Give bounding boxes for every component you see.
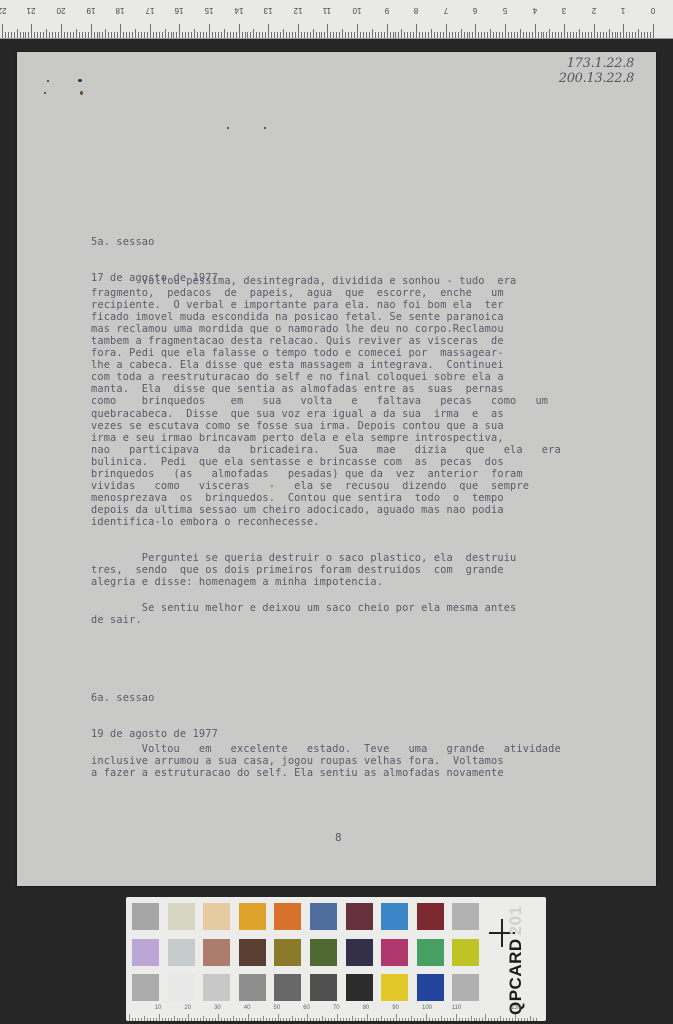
scale-tick bbox=[197, 1018, 198, 1021]
ruler-tick bbox=[233, 32, 234, 38]
ruler-tick bbox=[567, 32, 568, 38]
session-date: 19 de agosto de 1977 bbox=[91, 728, 599, 740]
scale-tick bbox=[129, 1014, 130, 1021]
card-scale: 102030405060708090100110130 bbox=[129, 1005, 543, 1021]
scale-tick bbox=[361, 1018, 362, 1021]
ruler-tick bbox=[458, 32, 459, 38]
ruler-tick bbox=[268, 24, 269, 38]
ruler-tick bbox=[431, 29, 432, 38]
scale-tick bbox=[227, 1018, 228, 1021]
scale-tick bbox=[364, 1018, 365, 1021]
ruler-tick bbox=[650, 32, 651, 38]
ruler-tick bbox=[25, 32, 26, 38]
scale-tick bbox=[447, 1018, 448, 1021]
ruler-tick bbox=[579, 29, 580, 38]
scale-tick bbox=[396, 1014, 397, 1021]
ruler-tick bbox=[357, 24, 358, 38]
ruler-tick bbox=[319, 32, 320, 38]
ruler-label: 16 bbox=[172, 6, 186, 15]
ruler-label: 22 bbox=[0, 6, 9, 15]
scale-tick bbox=[168, 1018, 169, 1021]
scale-tick bbox=[435, 1018, 436, 1021]
ruler-tick bbox=[381, 32, 382, 38]
scale-tick bbox=[269, 1018, 270, 1021]
ruler-tick bbox=[413, 32, 414, 38]
ruler-label: 13 bbox=[261, 6, 275, 15]
ruler-tick bbox=[446, 24, 447, 38]
ruler-label: 9 bbox=[380, 6, 394, 15]
ruler-tick bbox=[150, 24, 151, 38]
session-6-paragraph-1: Voltou em excelente estado. Teve uma gra… bbox=[91, 743, 599, 779]
ruler-tick bbox=[58, 32, 59, 38]
color-swatch bbox=[168, 939, 195, 966]
ruler-tick bbox=[327, 24, 328, 38]
ruler-label: 10 bbox=[350, 6, 364, 15]
ruler-tick bbox=[348, 32, 349, 38]
scale-tick bbox=[414, 1018, 415, 1021]
paper-speck bbox=[227, 127, 229, 129]
ruler-tick bbox=[179, 24, 180, 38]
scale-tick bbox=[479, 1018, 480, 1021]
ruler-tick bbox=[37, 32, 38, 38]
scale-label: 60 bbox=[303, 1005, 310, 1011]
scale-tick bbox=[263, 1016, 264, 1021]
scale-tick bbox=[135, 1018, 136, 1021]
color-swatch bbox=[310, 903, 337, 930]
ruler-tick bbox=[304, 32, 305, 38]
ruler-label: 8 bbox=[409, 6, 423, 15]
scale-tick bbox=[289, 1018, 290, 1021]
ruler-tick bbox=[410, 32, 411, 38]
ruler-tick bbox=[452, 32, 453, 38]
ruler-tick bbox=[626, 32, 627, 38]
scale-tick bbox=[524, 1018, 525, 1021]
ruler-tick bbox=[561, 32, 562, 38]
scale-tick bbox=[384, 1018, 385, 1021]
scale-tick bbox=[307, 1014, 308, 1021]
ruler-tick bbox=[307, 32, 308, 38]
ruler-tick bbox=[298, 24, 299, 38]
ruler-tick bbox=[535, 24, 536, 38]
scale-tick bbox=[177, 1018, 178, 1021]
scale-label: 130 bbox=[511, 1005, 521, 1011]
ruler-tick bbox=[499, 32, 500, 38]
scale-tick bbox=[159, 1014, 160, 1021]
scale-tick bbox=[266, 1018, 267, 1021]
ruler-tick bbox=[467, 32, 468, 38]
scale-tick bbox=[215, 1018, 216, 1021]
ruler-tick bbox=[292, 32, 293, 38]
ruler-tick bbox=[440, 32, 441, 38]
ruler-tick bbox=[64, 32, 65, 38]
scale-tick bbox=[278, 1014, 279, 1021]
scale-tick bbox=[378, 1018, 379, 1021]
ruler-tick bbox=[523, 32, 524, 38]
ruler-tick bbox=[620, 32, 621, 38]
ruler-tick bbox=[14, 32, 15, 38]
ruler-tick bbox=[55, 32, 56, 38]
ruler-tick bbox=[588, 32, 589, 38]
ruler-tick bbox=[49, 32, 50, 38]
scale-tick bbox=[248, 1014, 249, 1021]
color-swatch bbox=[239, 974, 266, 1001]
ruler-tick bbox=[126, 32, 127, 38]
scale-tick bbox=[150, 1018, 151, 1021]
ruler-tick bbox=[600, 32, 601, 38]
ruler-tick bbox=[135, 29, 136, 38]
ruler-tick bbox=[570, 32, 571, 38]
color-swatch bbox=[310, 939, 337, 966]
ruler-tick bbox=[117, 32, 118, 38]
ruler-tick bbox=[623, 24, 624, 38]
ruler-tick bbox=[194, 29, 195, 38]
scale-tick bbox=[402, 1018, 403, 1021]
ruler-tick bbox=[141, 32, 142, 38]
ruler-tick bbox=[369, 32, 370, 38]
color-swatch bbox=[346, 939, 373, 966]
scale-tick bbox=[191, 1018, 192, 1021]
color-swatch bbox=[168, 974, 195, 1001]
scale-tick bbox=[280, 1018, 281, 1021]
ruler-tick bbox=[416, 24, 417, 38]
scale-tick bbox=[509, 1018, 510, 1021]
ruler-tick bbox=[236, 32, 237, 38]
scale-tick bbox=[450, 1018, 451, 1021]
ruler-tick bbox=[549, 29, 550, 38]
ruler-tick bbox=[79, 32, 80, 38]
ruler-tick bbox=[61, 24, 62, 38]
scale-tick bbox=[367, 1014, 368, 1021]
ruler-tick bbox=[274, 32, 275, 38]
ruler-tick bbox=[209, 24, 210, 38]
ruler-tick bbox=[496, 32, 497, 38]
ruler-tick bbox=[449, 32, 450, 38]
ruler-tick bbox=[227, 32, 228, 38]
scale-tick bbox=[497, 1018, 498, 1021]
ruler-tick bbox=[215, 32, 216, 38]
scale-tick bbox=[423, 1018, 424, 1021]
color-swatch bbox=[381, 974, 408, 1001]
ruler-tick bbox=[615, 32, 616, 38]
ruler-tick bbox=[632, 32, 633, 38]
ruler-tick bbox=[591, 32, 592, 38]
ruler-tick bbox=[345, 32, 346, 38]
ruler-tick bbox=[514, 32, 515, 38]
scale-tick bbox=[206, 1018, 207, 1021]
ruler-tick bbox=[404, 32, 405, 38]
scale-tick bbox=[376, 1018, 377, 1021]
ruler-tick bbox=[2, 24, 3, 38]
ruler-tick bbox=[487, 32, 488, 38]
ruler-tick bbox=[23, 32, 24, 38]
scale-tick bbox=[298, 1018, 299, 1021]
scale-tick bbox=[482, 1018, 483, 1021]
ruler-tick bbox=[114, 32, 115, 38]
ruler-tick bbox=[153, 32, 154, 38]
ruler-tick bbox=[366, 32, 367, 38]
scale-tick bbox=[132, 1018, 133, 1021]
color-swatch bbox=[203, 939, 230, 966]
ruler-tick bbox=[52, 32, 53, 38]
scale-tick bbox=[292, 1016, 293, 1021]
ruler-tick bbox=[99, 32, 100, 38]
ruler-tick bbox=[517, 32, 518, 38]
scale-tick bbox=[185, 1018, 186, 1021]
scale-tick bbox=[426, 1014, 427, 1021]
scale-tick bbox=[310, 1018, 311, 1021]
scale-tick bbox=[138, 1018, 139, 1021]
paper-speck bbox=[78, 79, 82, 82]
scale-tick bbox=[408, 1018, 409, 1021]
ruler-tick bbox=[360, 32, 361, 38]
ruler-tick bbox=[576, 32, 577, 38]
page-number: 8 bbox=[335, 831, 342, 844]
ruler-tick bbox=[250, 32, 251, 38]
ruler-tick bbox=[239, 24, 240, 38]
scale-tick bbox=[373, 1018, 374, 1021]
ruler-label: 4 bbox=[528, 6, 542, 15]
ruler-tick bbox=[555, 32, 556, 38]
paper-speck bbox=[44, 92, 46, 94]
ruler-tick bbox=[221, 32, 222, 38]
ruler-tick bbox=[428, 32, 429, 38]
document-page: 173.1.22.8 200.13.22.8 5a. sessao 17 de … bbox=[17, 52, 656, 886]
ruler-tick bbox=[437, 32, 438, 38]
scale-tick bbox=[390, 1018, 391, 1021]
session-title: 5a. sessao bbox=[91, 236, 599, 248]
color-swatch bbox=[203, 903, 230, 930]
archive-code-line-2: 200.13.22.8 bbox=[559, 71, 634, 86]
color-swatch bbox=[132, 903, 159, 930]
color-swatch bbox=[452, 903, 479, 930]
ruler-tick bbox=[262, 32, 263, 38]
ruler-tick bbox=[176, 32, 177, 38]
ruler-tick bbox=[339, 32, 340, 38]
ruler-tick bbox=[34, 32, 35, 38]
ruler-tick bbox=[28, 32, 29, 38]
ruler-tick bbox=[401, 29, 402, 38]
scale-tick bbox=[405, 1018, 406, 1021]
scale-tick bbox=[453, 1018, 454, 1021]
scale-tick bbox=[491, 1018, 492, 1021]
scale-tick bbox=[295, 1018, 296, 1021]
ruler-tick bbox=[224, 29, 225, 38]
scale-tick bbox=[260, 1018, 261, 1021]
scale-tick bbox=[334, 1018, 335, 1021]
scale-tick bbox=[432, 1018, 433, 1021]
color-swatch bbox=[203, 974, 230, 1001]
scale-tick bbox=[328, 1018, 329, 1021]
ruler-tick bbox=[73, 32, 74, 38]
ruler-tick bbox=[265, 32, 266, 38]
color-swatch bbox=[417, 939, 444, 966]
ruler-label: 5 bbox=[498, 6, 512, 15]
ruler-tick bbox=[245, 32, 246, 38]
scale-label: 90 bbox=[392, 1005, 399, 1011]
scale-label: 50 bbox=[274, 1005, 281, 1011]
ruler-tick bbox=[594, 24, 595, 38]
ruler-tick bbox=[20, 32, 21, 38]
ruler-tick bbox=[434, 32, 435, 38]
ruler-tick bbox=[147, 32, 148, 38]
ruler-tick bbox=[505, 24, 506, 38]
ruler-tick bbox=[603, 32, 604, 38]
scale-tick bbox=[319, 1018, 320, 1021]
ruler-tick bbox=[94, 32, 95, 38]
scale-tick bbox=[468, 1018, 469, 1021]
ruler-tick bbox=[564, 24, 565, 38]
ruler-tick bbox=[277, 32, 278, 38]
ruler-tick bbox=[333, 32, 334, 38]
scale-tick bbox=[245, 1018, 246, 1021]
scale-label: 80 bbox=[363, 1005, 370, 1011]
ruler-tick bbox=[455, 32, 456, 38]
ruler-label: 18 bbox=[113, 6, 127, 15]
ruler-tick bbox=[8, 32, 9, 38]
color-swatch bbox=[346, 974, 373, 1001]
ruler-label: 12 bbox=[291, 6, 305, 15]
color-swatch bbox=[417, 903, 444, 930]
ruler-tick bbox=[469, 32, 470, 38]
ruler-tick bbox=[384, 32, 385, 38]
brand-model: 201 bbox=[506, 905, 525, 935]
ruler-tick bbox=[375, 32, 376, 38]
ruler-tick bbox=[475, 24, 476, 38]
ruler-tick bbox=[644, 32, 645, 38]
ruler-tick bbox=[85, 32, 86, 38]
scale-tick bbox=[438, 1018, 439, 1021]
ruler-tick bbox=[541, 32, 542, 38]
ruler-tick bbox=[612, 32, 613, 38]
ruler-tick bbox=[635, 32, 636, 38]
ruler-tick bbox=[638, 29, 639, 38]
brand-name: QPCARD bbox=[506, 938, 525, 1015]
scale-tick bbox=[251, 1018, 252, 1021]
scale-tick bbox=[203, 1016, 204, 1021]
ruler-tick bbox=[203, 32, 204, 38]
scale-tick bbox=[488, 1018, 489, 1021]
ruler-tick bbox=[159, 32, 160, 38]
ruler-tick bbox=[351, 32, 352, 38]
paper-speck bbox=[47, 80, 49, 82]
ruler-tick bbox=[253, 29, 254, 38]
scale-tick bbox=[209, 1018, 210, 1021]
scale-tick bbox=[200, 1018, 201, 1021]
ruler-tick bbox=[218, 32, 219, 38]
scale-tick bbox=[494, 1018, 495, 1021]
scale-tick bbox=[503, 1018, 504, 1021]
scale-tick bbox=[444, 1018, 445, 1021]
color-swatch bbox=[381, 903, 408, 930]
measurement-ruler: 012345678910111213141516171819202122 bbox=[0, 0, 673, 39]
scale-tick bbox=[316, 1018, 317, 1021]
ruler-tick bbox=[144, 32, 145, 38]
ruler-tick bbox=[529, 32, 530, 38]
scale-tick bbox=[352, 1016, 353, 1021]
ruler-label: 11 bbox=[320, 6, 334, 15]
scale-tick bbox=[530, 1016, 531, 1021]
ruler-tick bbox=[76, 29, 77, 38]
scale-tick bbox=[381, 1016, 382, 1021]
ruler-tick bbox=[425, 32, 426, 38]
scale-tick bbox=[304, 1018, 305, 1021]
ruler-tick bbox=[120, 24, 121, 38]
ruler-tick bbox=[283, 29, 284, 38]
scale-tick bbox=[441, 1016, 442, 1021]
scale-tick bbox=[174, 1016, 175, 1021]
scale-tick bbox=[331, 1018, 332, 1021]
archive-code-line-1: 173.1.22.8 bbox=[559, 56, 634, 71]
ruler-tick bbox=[363, 32, 364, 38]
scale-tick bbox=[254, 1018, 255, 1021]
ruler-tick bbox=[609, 29, 610, 38]
ruler-tick bbox=[354, 32, 355, 38]
ruler-tick bbox=[138, 32, 139, 38]
ruler-tick bbox=[200, 32, 201, 38]
ruler-label: 7 bbox=[439, 6, 453, 15]
ruler-tick bbox=[102, 32, 103, 38]
ruler-tick bbox=[129, 32, 130, 38]
ruler-tick bbox=[31, 24, 32, 38]
ruler-tick bbox=[289, 32, 290, 38]
scale-tick bbox=[182, 1018, 183, 1021]
ruler-tick bbox=[256, 32, 257, 38]
scale-tick bbox=[459, 1018, 460, 1021]
ruler-tick bbox=[91, 24, 92, 38]
ruler-tick bbox=[532, 32, 533, 38]
session-5-paragraph-2: Perguntei se queria destruir o saco plas… bbox=[91, 552, 599, 588]
scale-label: 40 bbox=[244, 1005, 251, 1011]
scale-tick bbox=[156, 1018, 157, 1021]
ruler-tick bbox=[40, 32, 41, 38]
scale-tick bbox=[313, 1018, 314, 1021]
ruler-tick bbox=[490, 29, 491, 38]
ruler-tick bbox=[111, 32, 112, 38]
scale-tick bbox=[337, 1014, 338, 1021]
scale-tick bbox=[536, 1018, 537, 1021]
ruler-tick bbox=[372, 29, 373, 38]
ruler-tick bbox=[43, 32, 44, 38]
ruler-tick bbox=[206, 32, 207, 38]
scale-tick bbox=[456, 1014, 457, 1021]
color-swatch bbox=[310, 974, 337, 1001]
scale-label: 20 bbox=[184, 1005, 191, 1011]
scale-tick bbox=[171, 1018, 172, 1021]
scale-tick bbox=[236, 1018, 237, 1021]
ruler-tick bbox=[295, 32, 296, 38]
ruler-tick bbox=[342, 29, 343, 38]
scale-tick bbox=[393, 1018, 394, 1021]
ruler-tick bbox=[538, 32, 539, 38]
scale-tick bbox=[257, 1018, 258, 1021]
ruler-tick bbox=[647, 32, 648, 38]
scale-label: 70 bbox=[333, 1005, 340, 1011]
ruler-tick bbox=[286, 32, 287, 38]
scale-tick bbox=[515, 1014, 516, 1021]
scale-tick bbox=[224, 1018, 225, 1021]
ruler-tick bbox=[407, 32, 408, 38]
ruler-tick bbox=[5, 32, 6, 38]
color-swatch bbox=[452, 939, 479, 966]
color-swatch bbox=[346, 903, 373, 930]
ruler-tick bbox=[461, 29, 462, 38]
scale-tick bbox=[325, 1018, 326, 1021]
color-calibration-card: QPCARD201 102030405060708090100110130 bbox=[126, 897, 546, 1021]
session-5-paragraph-3: Se sentiu melhor e deixou um saco cheio … bbox=[91, 602, 599, 626]
scale-tick bbox=[411, 1016, 412, 1021]
ruler-tick bbox=[552, 32, 553, 38]
scale-tick bbox=[233, 1016, 234, 1021]
